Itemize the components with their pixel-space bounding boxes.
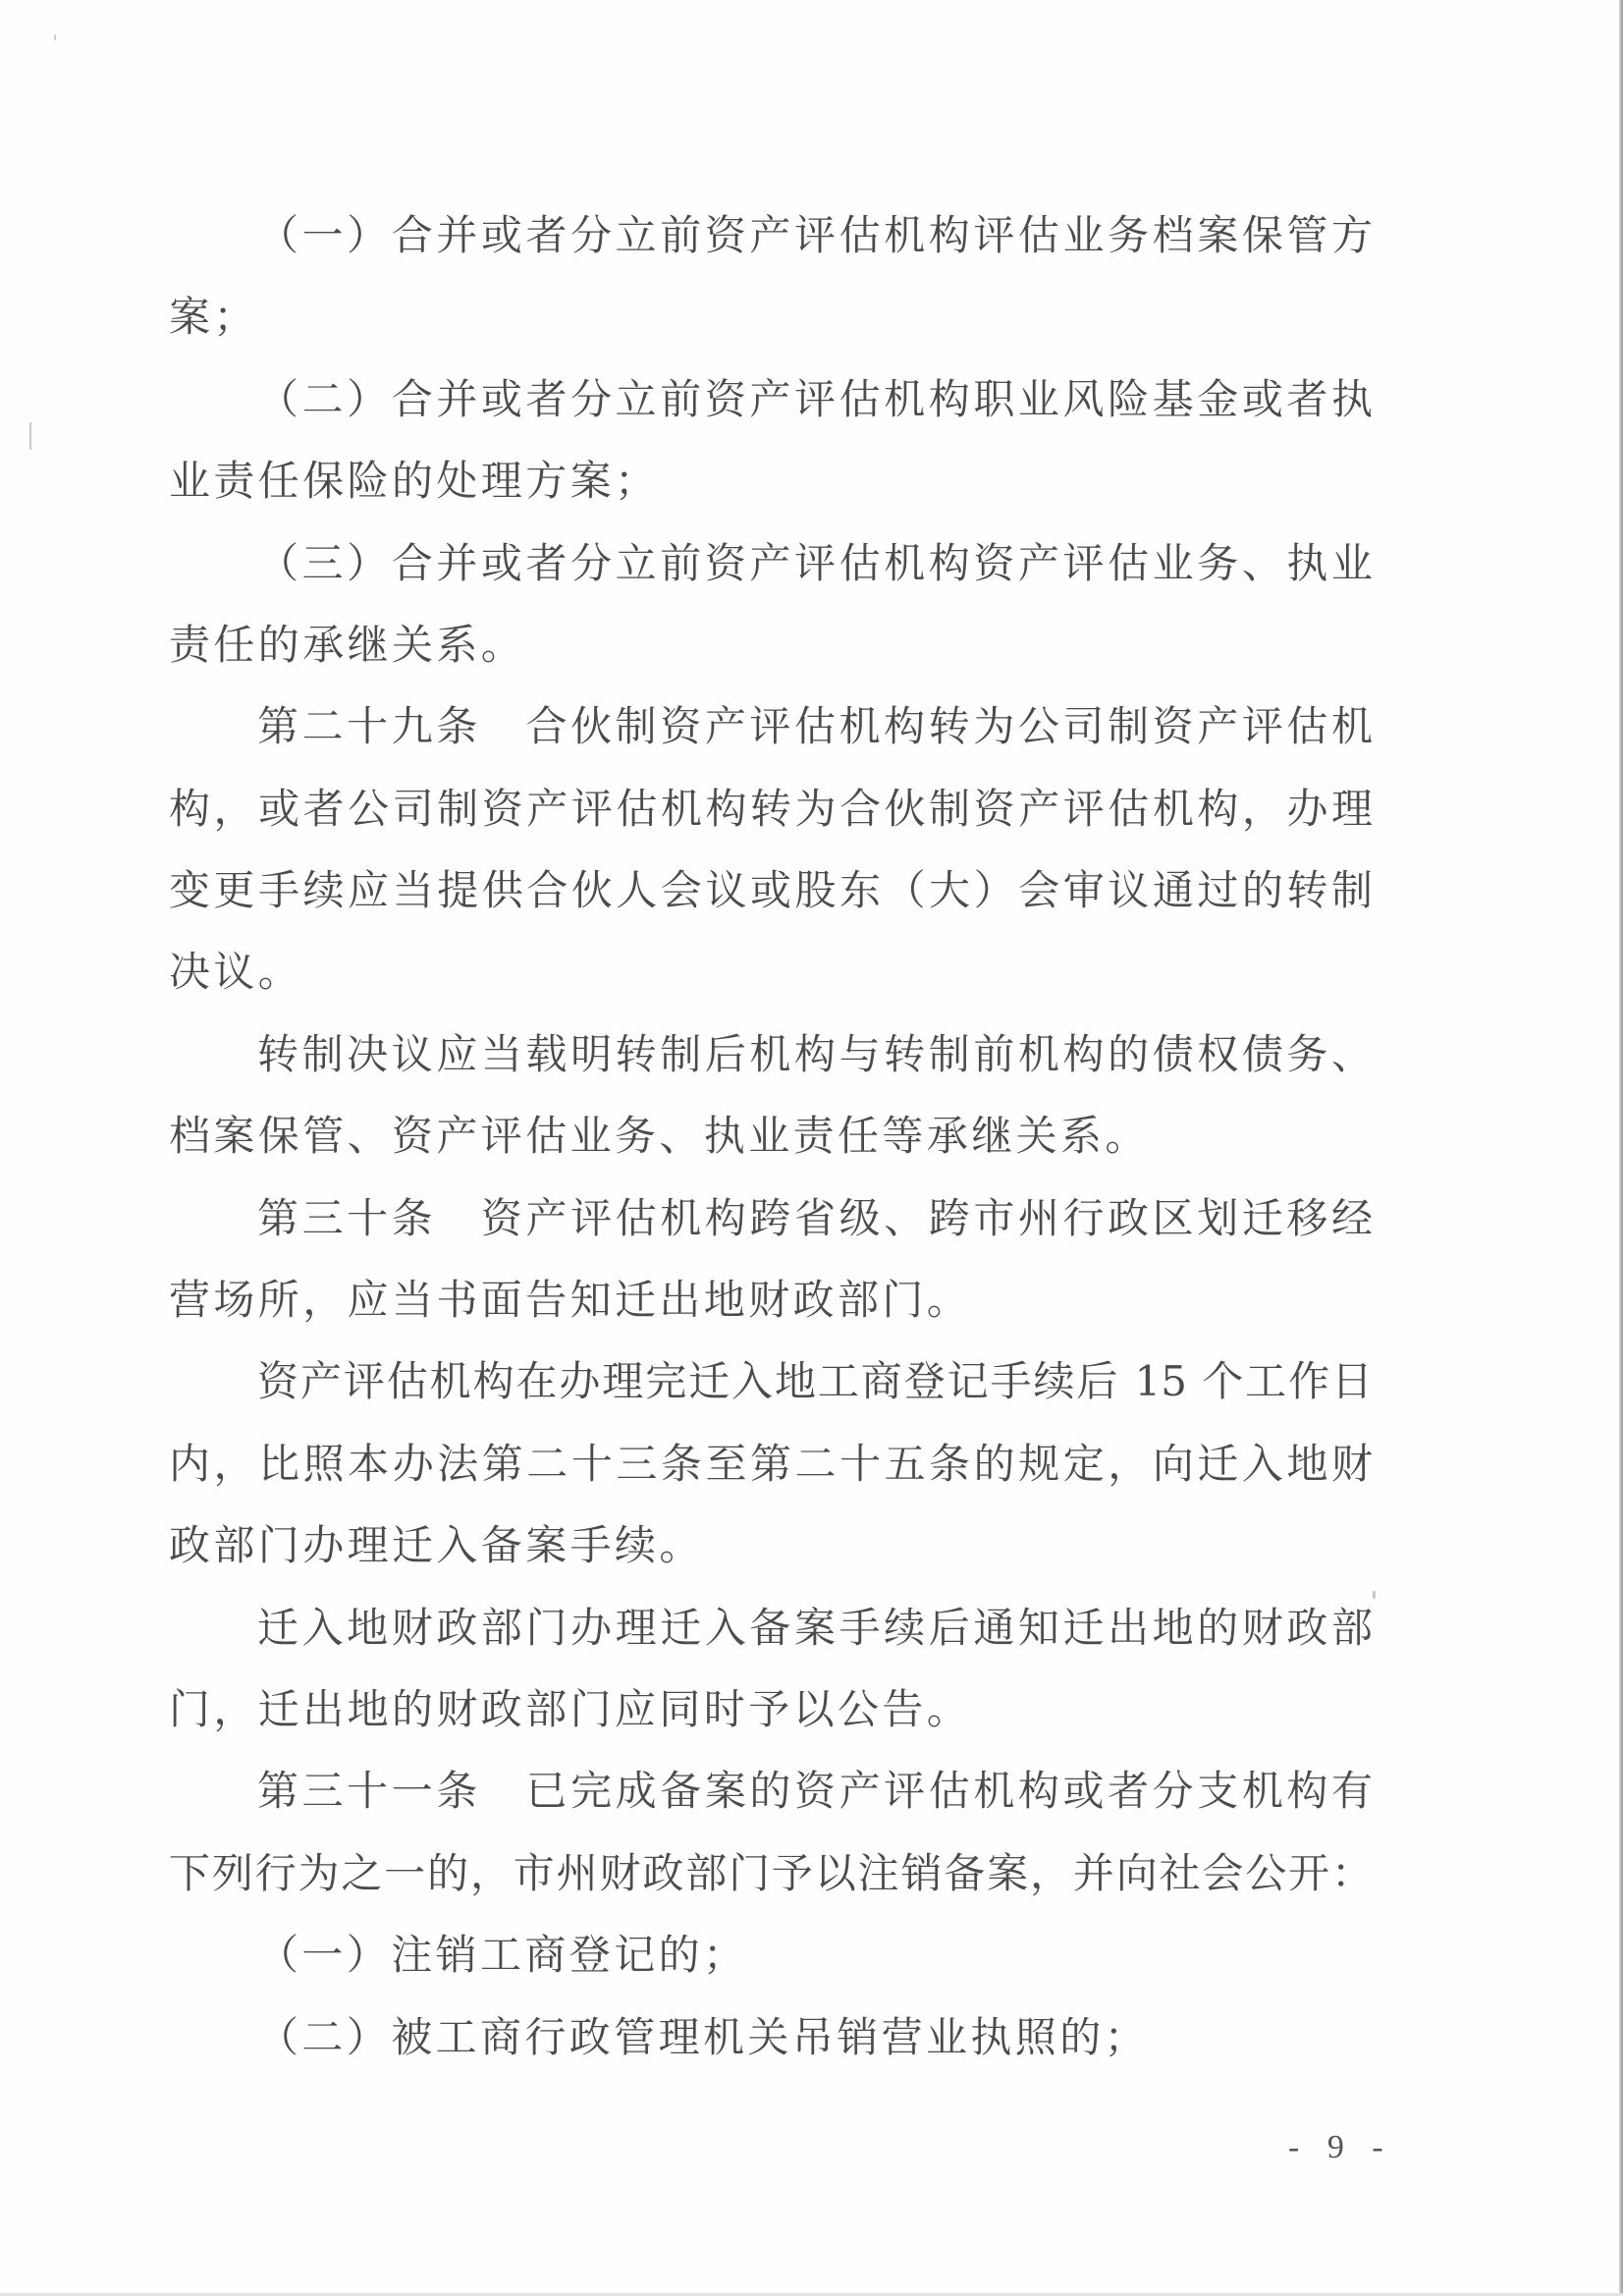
text-line: 构，或者公司制资产评估机构转为合伙制资产评估机构，办理: [169, 780, 1373, 839]
text-line: 案；: [169, 288, 1373, 347]
text-line: 营场所，应当书面告知迁出地财政部门。: [169, 1271, 1373, 1330]
text-line: 决议。: [169, 943, 1373, 1002]
text-line: （二）被工商行政管理机关吊销营业执照的；: [169, 2008, 1373, 2067]
scan-speck: [29, 422, 31, 450]
scan-right-edge: [1619, 0, 1623, 2296]
article-30-heading-line: 第三十条 资产评估机构跨省级、跨市州行政区划迁移经: [169, 1189, 1373, 1248]
text-line: 门，迁出地的财政部门应同时予以公告。: [169, 1680, 1373, 1739]
text-line: （一）合并或者分立前资产评估机构评估业务档案保管方: [169, 206, 1373, 265]
article-29-heading-line: 第二十九条 合伙制资产评估机构转为公司制资产评估机: [169, 697, 1373, 756]
text-line: 资产评估机构在办理完迁入地工商登记手续后 15 个工作日: [169, 1352, 1373, 1411]
scan-speck: [54, 34, 56, 40]
article-31-heading-line: 第三十一条 已完成备案的资产评估机构或者分支机构有: [169, 1762, 1373, 1821]
text-line: 业责任保险的处理方案；: [169, 452, 1373, 511]
text-line: 内，比照本办法第二十三条至第二十五条的规定，向迁入地财: [169, 1435, 1373, 1494]
text-line: 政部门办理迁入备案手续。: [169, 1516, 1373, 1575]
text-line: 转制决议应当载明转制后机构与转制前机构的债权债务、: [169, 1025, 1373, 1084]
text-line: 档案保管、资产评估业务、执业责任等承继关系。: [169, 1107, 1373, 1166]
page-number: - 9 -: [1288, 2129, 1393, 2166]
scan-speck: [1373, 1591, 1376, 1599]
text-line: （二）合并或者分立前资产评估机构职业风险基金或者执: [169, 370, 1373, 429]
text-line: （一）注销工商登记的；: [169, 1926, 1373, 1985]
text-line: 责任的承继关系。: [169, 616, 1373, 675]
text-line: 迁入地财政部门办理迁入备案手续后通知迁出地的财政部: [169, 1599, 1373, 1658]
text-line: 下列行为之一的，市州财政部门予以注销备案，并向社会公开：: [169, 1844, 1373, 1903]
text-line: 变更手续应当提供合伙人会议或股东（大）会审议通过的转制: [169, 861, 1373, 920]
text-line: （三）合并或者分立前资产评估机构资产评估业务、执业: [169, 534, 1373, 593]
document-page: （一）合并或者分立前资产评估机构评估业务档案保管方 案； （二）合并或者分立前资…: [0, 0, 1623, 2296]
